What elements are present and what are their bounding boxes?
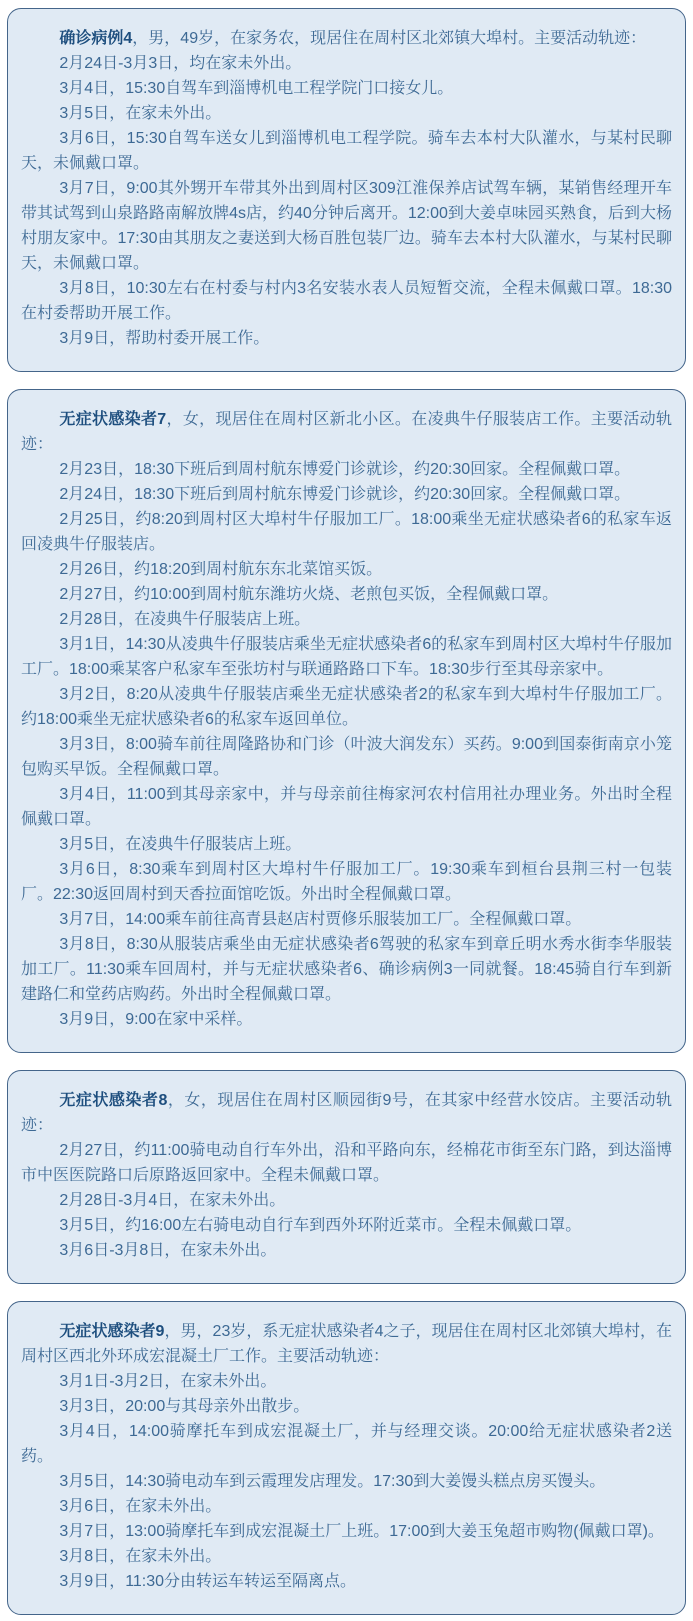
case-header: 无症状感染者7，女，现居住在周村区新北小区。在凌典牛仔服装店工作。主要活动轨迹： <box>21 407 672 457</box>
case-title: 无症状感染者8 <box>59 1092 167 1109</box>
trajectory-report: 确诊病例4，男，49岁，在家务农，现居住在周村区北郊镇大埠村。主要活动轨迹： 2… <box>0 0 693 1621</box>
trajectory-entry: 2月24日，18:30下班后到周村航东博爱门诊就诊，约20:30回家。全程佩戴口… <box>21 482 672 507</box>
trajectory-entry: 3月1日，14:30从凌典牛仔服装店乘坐无症状感染者6的私家车到周村区大埠村牛仔… <box>21 632 672 682</box>
trajectory-entry: 3月8日，10:30左右在村委与村内3名安装水表人员短暂交流，全程未佩戴口罩。1… <box>21 276 672 326</box>
trajectory-entry: 2月27日，约11:00骑电动自行车外出，沿和平路向东，经棉花市街至东门路，到达… <box>21 1138 672 1188</box>
trajectory-entry: 3月1日-3月2日，在家未外出。 <box>21 1369 672 1394</box>
trajectory-entry: 2月23日，18:30下班后到周村航东博爱门诊就诊，约20:30回家。全程佩戴口… <box>21 457 672 482</box>
trajectory-entry: 3月6日，15:30自驾车送女儿到淄博机电工程学院。骑车去本村大队灌水，与某村民… <box>21 126 672 176</box>
trajectory-entry: 3月7日，9:00其外甥开车带其外出到周村区309江淮保养店试驾车辆，某销售经理… <box>21 176 672 276</box>
trajectory-entry: 3月3日，20:00与其母亲外出散步。 <box>21 1394 672 1419</box>
trajectory-entry: 3月9日，11:30分由转运车转运至隔离点。 <box>21 1569 672 1594</box>
trajectory-entry: 3月8日，8:30从服装店乘坐由无症状感染者6驾驶的私家车到章丘明水秀水街李华服… <box>21 932 672 1007</box>
trajectory-entry: 3月8日，在家未外出。 <box>21 1544 672 1569</box>
trajectory-entry: 3月4日，14:00骑摩托车到成宏混凝土厂，并与经理交谈。20:00给无症状感染… <box>21 1419 672 1469</box>
case-intro: ，男，49岁，在家务农，现居住在周村区北郊镇大埠村。主要活动轨迹： <box>132 30 646 47</box>
trajectory-entry: 2月27日，约10:00到周村航东潍坊火烧、老煎包买饭，全程佩戴口罩。 <box>21 582 672 607</box>
case-card-asymptomatic-9: 无症状感染者9，男，23岁，系无症状感染者4之子，现居住在周村区北郊镇大埠村，在… <box>7 1301 686 1615</box>
trajectory-entry: 2月24日-3月3日，均在家未外出。 <box>21 51 672 76</box>
case-header: 无症状感染者8，女，现居住在周村区顺园街9号，在其家中经营水饺店。主要活动轨迹： <box>21 1088 672 1138</box>
trajectory-entry: 3月4日，11:00到其母亲家中，并与母亲前往梅家河农村信用社办理业务。外出时全… <box>21 782 672 832</box>
trajectory-entry: 3月2日，8:20从凌典牛仔服装店乘坐无症状感染者2的私家车到大埠村牛仔服加工厂… <box>21 682 672 732</box>
trajectory-entry: 3月5日，约16:00左右骑电动自行车到西外环附近菜市。全程未佩戴口罩。 <box>21 1213 672 1238</box>
trajectory-entry: 3月6日，8:30乘车到周村区大埠村牛仔服加工厂。19:30乘车到桓台县荆三村一… <box>21 857 672 907</box>
trajectory-entry: 3月7日，13:00骑摩托车到成宏混凝土厂上班。17:00到大姜玉兔超市购物(佩… <box>21 1519 672 1544</box>
trajectory-entry: 2月28日-3月4日，在家未外出。 <box>21 1188 672 1213</box>
trajectory-entry: 3月5日，14:30骑电动车到云霞理发店理发。17:30到大姜馒头糕点房买馒头。 <box>21 1469 672 1494</box>
trajectory-entry: 3月5日，在凌典牛仔服装店上班。 <box>21 832 672 857</box>
case-title: 确诊病例4 <box>59 30 132 47</box>
case-card-asymptomatic-8: 无症状感染者8，女，现居住在周村区顺园街9号，在其家中经营水饺店。主要活动轨迹：… <box>7 1070 686 1284</box>
trajectory-entry: 3月6日，在家未外出。 <box>21 1494 672 1519</box>
case-header: 无症状感染者9，男，23岁，系无症状感染者4之子，现居住在周村区北郊镇大埠村，在… <box>21 1319 672 1369</box>
case-card-asymptomatic-7: 无症状感染者7，女，现居住在周村区新北小区。在凌典牛仔服装店工作。主要活动轨迹：… <box>7 389 686 1053</box>
trajectory-entry: 2月25日，约8:20到周村区大埠村牛仔服加工厂。18:00乘坐无症状感染者6的… <box>21 507 672 557</box>
trajectory-entry: 3月3日，8:00骑车前往周隆路协和门诊（叶波大润发东）买药。9:00到国泰街南… <box>21 732 672 782</box>
case-header: 确诊病例4，男，49岁，在家务农，现居住在周村区北郊镇大埠村。主要活动轨迹： <box>21 26 672 51</box>
trajectory-entry: 3月5日，在家未外出。 <box>21 101 672 126</box>
trajectory-entry: 3月7日，14:00乘车前往高青县赵店村贾修乐服装加工厂。全程佩戴口罩。 <box>21 907 672 932</box>
trajectory-entry: 3月4日，15:30自驾车到淄博机电工程学院门口接女儿。 <box>21 76 672 101</box>
case-title: 无症状感染者7 <box>59 411 166 428</box>
trajectory-entry: 2月26日，约18:20到周村航东东北菜馆买饭。 <box>21 557 672 582</box>
trajectory-entry: 2月28日，在凌典牛仔服装店上班。 <box>21 607 672 632</box>
case-card-confirmed-4: 确诊病例4，男，49岁，在家务农，现居住在周村区北郊镇大埠村。主要活动轨迹： 2… <box>7 8 686 372</box>
trajectory-entry: 3月9日，9:00在家中采样。 <box>21 1007 672 1032</box>
trajectory-entry: 3月9日，帮助村委开展工作。 <box>21 326 672 351</box>
case-title: 无症状感染者9 <box>59 1323 164 1340</box>
trajectory-entry: 3月6日-3月8日，在家未外出。 <box>21 1238 672 1263</box>
